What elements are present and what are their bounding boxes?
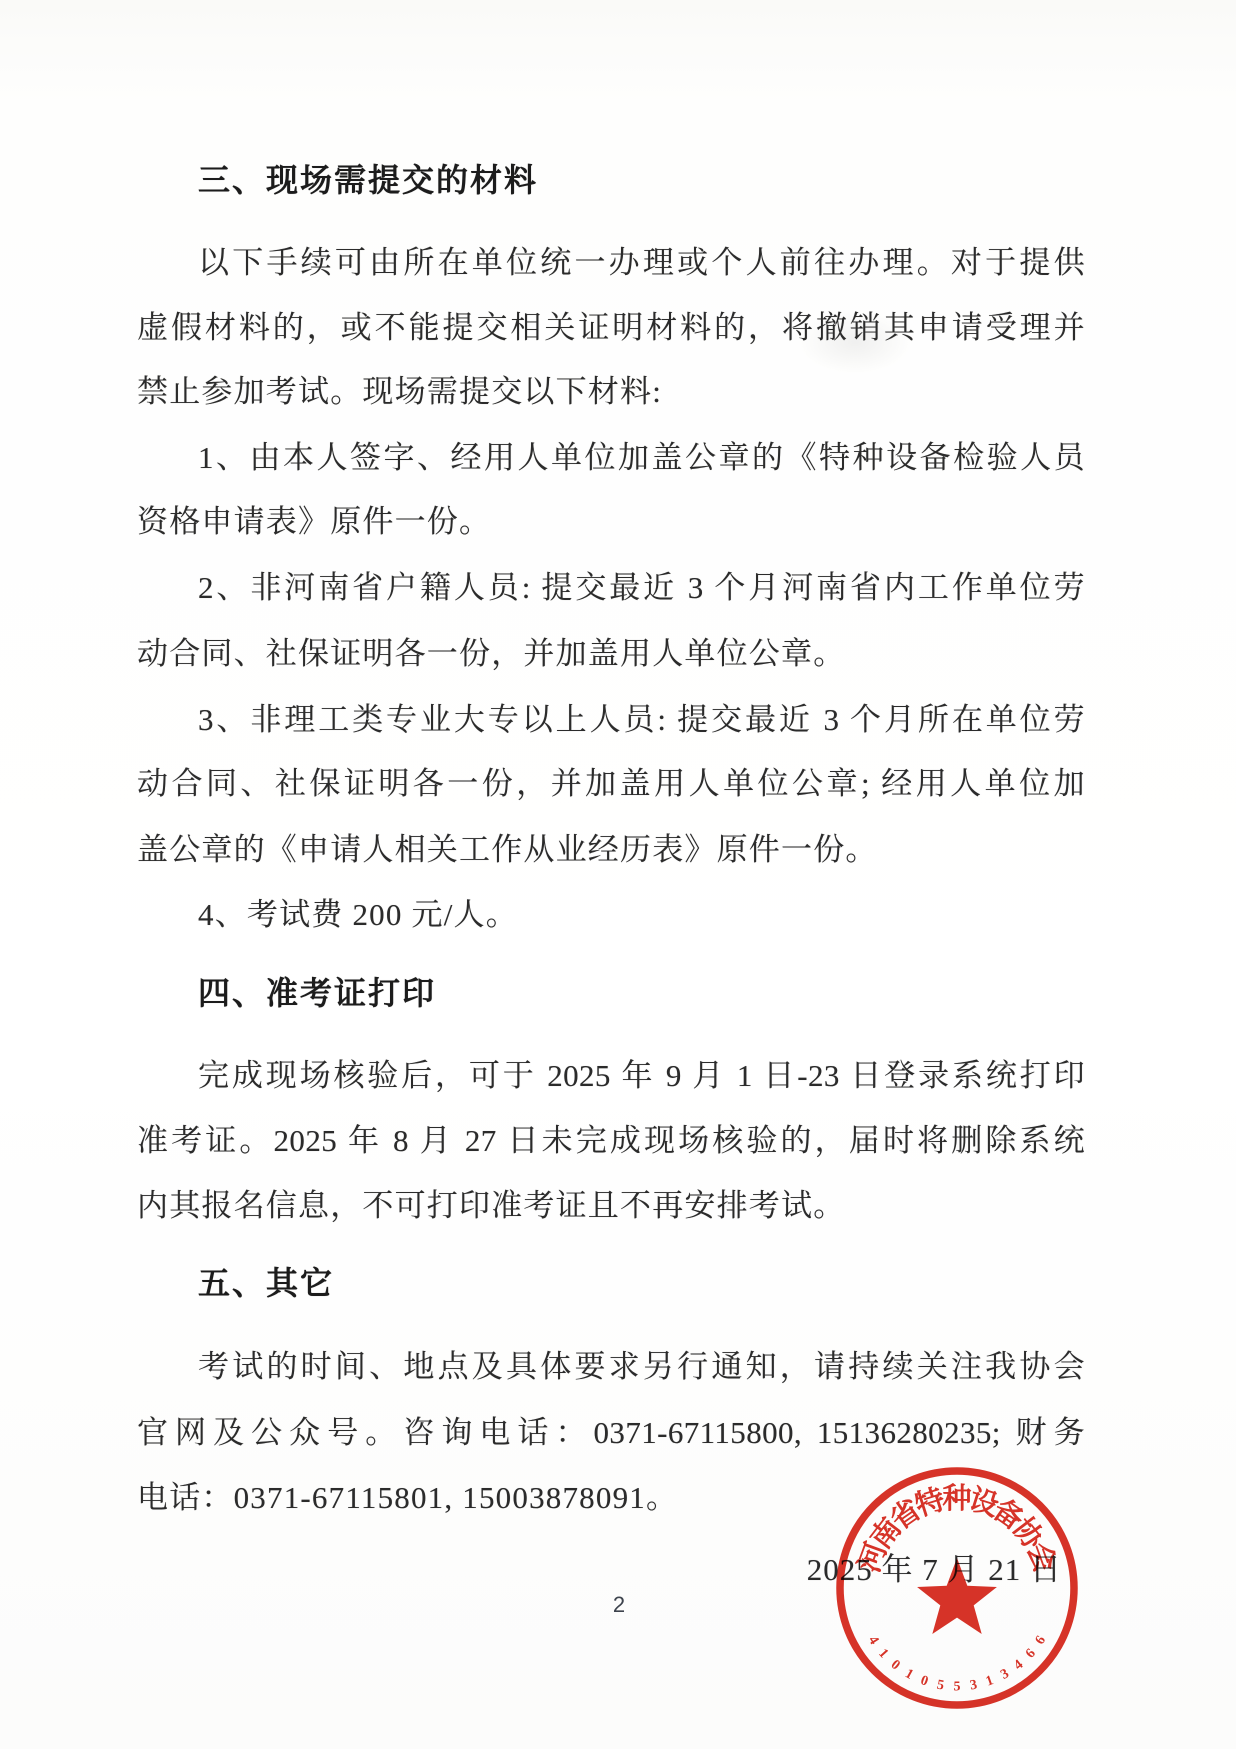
- seal-serial-char: 3: [998, 1666, 1011, 1683]
- seal-serial-char: 3: [969, 1678, 978, 1694]
- seal-serial-char: 0: [888, 1657, 903, 1673]
- seal-star-icon: [917, 1558, 997, 1634]
- section-heading: 四、准考证打印: [137, 971, 1085, 1015]
- text-line: 动合同、社保证明各一份，并加盖用人单位公章。: [137, 632, 1085, 676]
- text-line: 2、非河南省户籍人员: 提交最近 3 个月河南省内工作单位劳: [137, 566, 1085, 610]
- seal-graphic: 河南省特种设备协会 4101055313466: [831, 1462, 1083, 1714]
- seal-serial-char: 5: [936, 1678, 945, 1694]
- text-line: 准考证。2025 年 8 月 27 日未完成现场核验的，届时将删除系统: [137, 1119, 1085, 1163]
- seal-serial-char: 1: [902, 1666, 915, 1683]
- text-line: 考试的时间、地点及具体要求另行通知，请持续关注我协会: [137, 1345, 1085, 1389]
- seal-serial-char: 4: [1011, 1657, 1026, 1673]
- seal-serial-char: 0: [918, 1673, 930, 1689]
- official-seal: 河南省特种设备协会 4101055313466: [831, 1462, 1083, 1714]
- text-line: 3、非理工类专业大专以上人员: 提交最近 3 个月所在单位劳: [137, 698, 1085, 742]
- text-line: 动合同、社保证明各一份，并加盖用人单位公章; 经用人单位加: [137, 762, 1085, 806]
- text-line: 官网及公众号。咨询电话：0371-67115800, 15136280235; …: [137, 1411, 1085, 1455]
- text-line: 资格申请表》原件一份。: [137, 500, 1085, 544]
- text-line: 1、由本人签字、经用人单位加盖公章的《特种设备检验人员: [137, 436, 1085, 480]
- seal-serial-char: 4: [865, 1634, 881, 1648]
- text-line: 内其报名信息，不可打印准考证且不再安排考试。: [137, 1184, 1085, 1228]
- seal-serial-char: 6: [1023, 1646, 1039, 1661]
- page-number: 2: [604, 1592, 634, 1618]
- section-heading: 三、现场需提交的材料: [137, 158, 1085, 202]
- section-heading: 五、其它: [137, 1261, 1085, 1305]
- seal-serial-char: 1: [875, 1646, 891, 1661]
- text-line: 盖公章的《申请人相关工作从业经历表》原件一份。: [137, 828, 1085, 872]
- seal-serial-char: 5: [954, 1680, 961, 1695]
- document-page: 三、现场需提交的材料以下手续可由所在单位统一办理或个人前往办理。对于提供虚假材料…: [0, 0, 1236, 1749]
- text-line: 4、考试费 200 元/人。: [137, 893, 1085, 937]
- text-line: 禁止参加考试。现场需提交以下材料:: [137, 370, 1085, 414]
- text-line: 虚假材料的，或不能提交相关证明材料的，将撤销其申请受理并: [137, 306, 1085, 350]
- seal-serial-char: 6: [1033, 1634, 1049, 1648]
- text-line: 完成现场核验后，可于 2025 年 9 月 1 日-23 日登录系统打印: [137, 1054, 1085, 1098]
- text-line: 以下手续可由所在单位统一办理或个人前往办理。对于提供: [137, 241, 1085, 285]
- seal-serial-char: 1: [984, 1673, 996, 1689]
